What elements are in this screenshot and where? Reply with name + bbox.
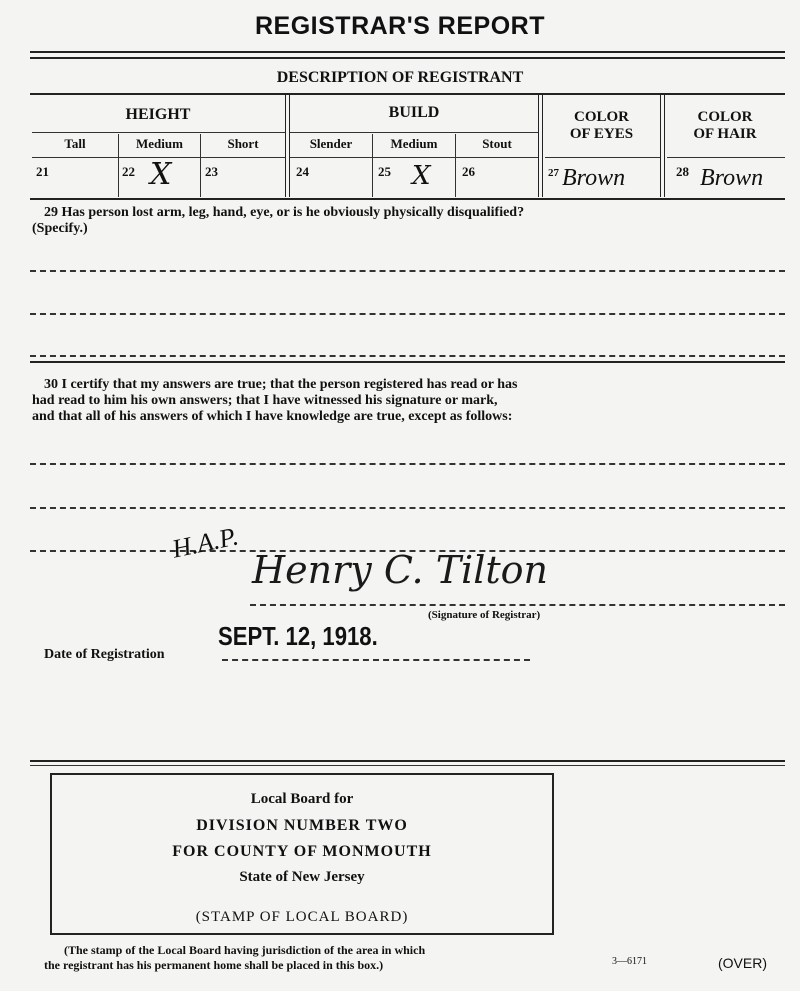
field-short[interactable]: 23	[205, 163, 218, 181]
answer-line-30[interactable]	[30, 507, 785, 509]
divider	[30, 765, 785, 766]
divider	[30, 361, 785, 363]
divider	[30, 57, 785, 59]
stamp-caption: (STAMP OF LOCAL BOARD)	[52, 909, 552, 926]
form-number: 3—6171	[612, 956, 647, 967]
page-title: REGISTRAR'S REPORT	[0, 12, 800, 41]
stamp-line: Local Board for	[52, 791, 552, 808]
column-label-slender: Slender	[290, 136, 372, 152]
handwritten-value: Brown	[562, 165, 625, 192]
stamp-line: DIVISION NUMBER TWO	[52, 817, 552, 835]
divider	[30, 760, 785, 762]
column-label-stout: Stout	[456, 136, 538, 152]
stamp-line: State of New Jersey	[52, 869, 552, 886]
field-eye-color[interactable]: 27 Brown	[548, 163, 660, 197]
stamp-note: (The stamp of the Local Board having jur…	[44, 943, 425, 973]
field-tall[interactable]: 21	[36, 163, 49, 181]
eyes-header: COLOR OF EYES	[543, 109, 660, 143]
section-title: DESCRIPTION OF REGISTRANT	[0, 69, 800, 87]
build-header: BUILD	[290, 104, 538, 122]
local-board-stamp-box: Local Board for DIVISION NUMBER TWO FOR …	[50, 773, 554, 935]
signature-caption: (Signature of Registrar)	[428, 609, 540, 621]
date-label: Date of Registration	[44, 647, 165, 663]
answer-line-29[interactable]	[30, 313, 785, 315]
over-indicator: (OVER)	[718, 955, 767, 971]
divider	[30, 93, 785, 95]
question-29: 29 Has person lost arm, leg, hand, eye, …	[32, 205, 792, 237]
field-stout[interactable]: 26	[462, 163, 475, 181]
answer-line-29[interactable]	[30, 355, 785, 357]
column-label-medium-build: Medium	[373, 136, 455, 152]
field-slender[interactable]: 24	[296, 163, 309, 181]
registrar-initials: H.A.P.	[170, 521, 241, 564]
answer-line-29[interactable]	[30, 270, 785, 272]
x-mark: X	[412, 161, 431, 191]
handwritten-value: Brown	[700, 165, 763, 192]
column-label-medium-height: Medium	[119, 136, 200, 152]
answer-line-30[interactable]	[30, 463, 785, 465]
hair-header: COLOR OF HAIR	[665, 109, 785, 143]
stamp-line: FOR COUNTY OF MONMOUTH	[52, 843, 552, 861]
column-label-tall: Tall	[32, 136, 118, 152]
column-label-short: Short	[201, 136, 285, 152]
height-header: HEIGHT	[32, 106, 284, 124]
x-mark: X	[150, 157, 171, 192]
date-line[interactable]	[222, 659, 530, 661]
divider	[30, 51, 785, 53]
registrar-signature: Henry C. Tilton	[252, 548, 548, 592]
question-30: 30 I certify that my answers are true; t…	[32, 377, 792, 425]
field-hair-color[interactable]: 28 Brown	[676, 163, 796, 197]
field-medium-height[interactable]: 22 X	[122, 163, 200, 197]
field-medium-build[interactable]: 25 X	[378, 163, 454, 197]
divider	[30, 198, 785, 200]
signature-line[interactable]	[250, 604, 785, 606]
registration-date: SEPT. 12, 1918.	[218, 621, 378, 652]
